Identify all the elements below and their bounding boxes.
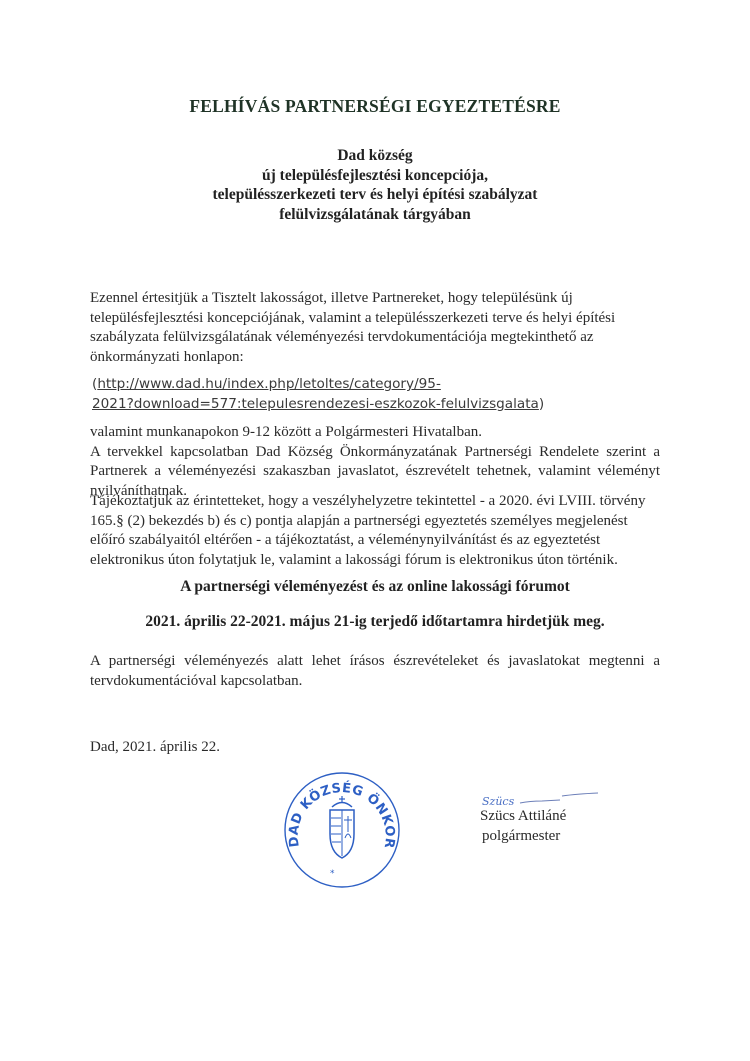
svg-text:Szücs: Szücs: [482, 795, 515, 808]
document-subtitle: Dad község új településfejlesztési konce…: [0, 146, 750, 224]
website-link-part1[interactable]: http://www.dad.hu/index.php/letoltes/cat…: [97, 376, 441, 392]
paragraph-line: településfejlesztési koncepciójának, val…: [90, 309, 660, 329]
comments-paragraph: A partnerségi véleményezés alatt lehet í…: [90, 652, 660, 691]
signatory-role: polgármester: [482, 828, 560, 845]
announcement-period: 2021. április 22-2021. május 21-ig terje…: [0, 613, 750, 631]
paren-close: ): [539, 396, 544, 412]
website-link-block: (http://www.dad.hu/index.php/letoltes/ca…: [92, 374, 612, 414]
subtitle-line: Dad község: [0, 146, 750, 166]
svg-text:*: *: [330, 869, 335, 879]
signature-scribble-icon: Szücs: [476, 788, 606, 810]
paragraph-line: Tájékoztatjuk az érintetteket, hogy a ve…: [90, 492, 660, 512]
paragraph-line: 165.§ (2) bekezdés b) és c) pontja alapj…: [90, 512, 660, 532]
announcement-line: A partnerségi véleményezést és az online…: [0, 578, 750, 596]
coat-of-arms-icon: [330, 796, 354, 858]
official-stamp: DAD KÖZSÉG ÖNKORMÁNYZATA *: [278, 772, 408, 892]
paragraph-line: valamint munkanapokon 9-12 között a Polg…: [90, 423, 660, 443]
document-page: FELHÍVÁS PARTNERSÉGI EGYEZTETÉSRE Dad kö…: [0, 0, 750, 1061]
paragraph-line: Ezennel értesitjük a Tisztelt lakosságot…: [90, 289, 660, 309]
website-link-part2[interactable]: 2021?download=577:telepulesrendezesi-esz…: [92, 396, 539, 412]
emergency-paragraph: Tájékoztatjuk az érintetteket, hogy a ve…: [90, 492, 660, 570]
subtitle-line: településszerkezeti terv és helyi építés…: [0, 185, 750, 205]
subtitle-line: új településfejlesztési koncepciója,: [0, 166, 750, 186]
date-place: Dad, 2021. április 22.: [90, 739, 220, 756]
paragraph-line: előíró szabályaitól eltérően - a tájékoz…: [90, 531, 660, 551]
intro-paragraph: Ezennel értesitjük a Tisztelt lakosságot…: [90, 289, 660, 367]
signatory-name: Szücs Attiláné: [480, 808, 566, 825]
availability-paragraph: valamint munkanapokon 9-12 között a Polg…: [90, 423, 660, 501]
document-title: FELHÍVÁS PARTNERSÉGI EGYEZTETÉSRE: [0, 96, 750, 117]
paragraph-line: elektronikus úton folytatjuk le, valamin…: [90, 551, 660, 571]
paragraph-line: önkormányzati honlapon:: [90, 348, 660, 368]
subtitle-line: felülvizsgálatának tárgyában: [0, 205, 750, 225]
paragraph-line: szabályzata felülvizsgálatának véleménye…: [90, 328, 660, 348]
stamp-seal-icon: DAD KÖZSÉG ÖNKORMÁNYZATA *: [278, 772, 408, 892]
